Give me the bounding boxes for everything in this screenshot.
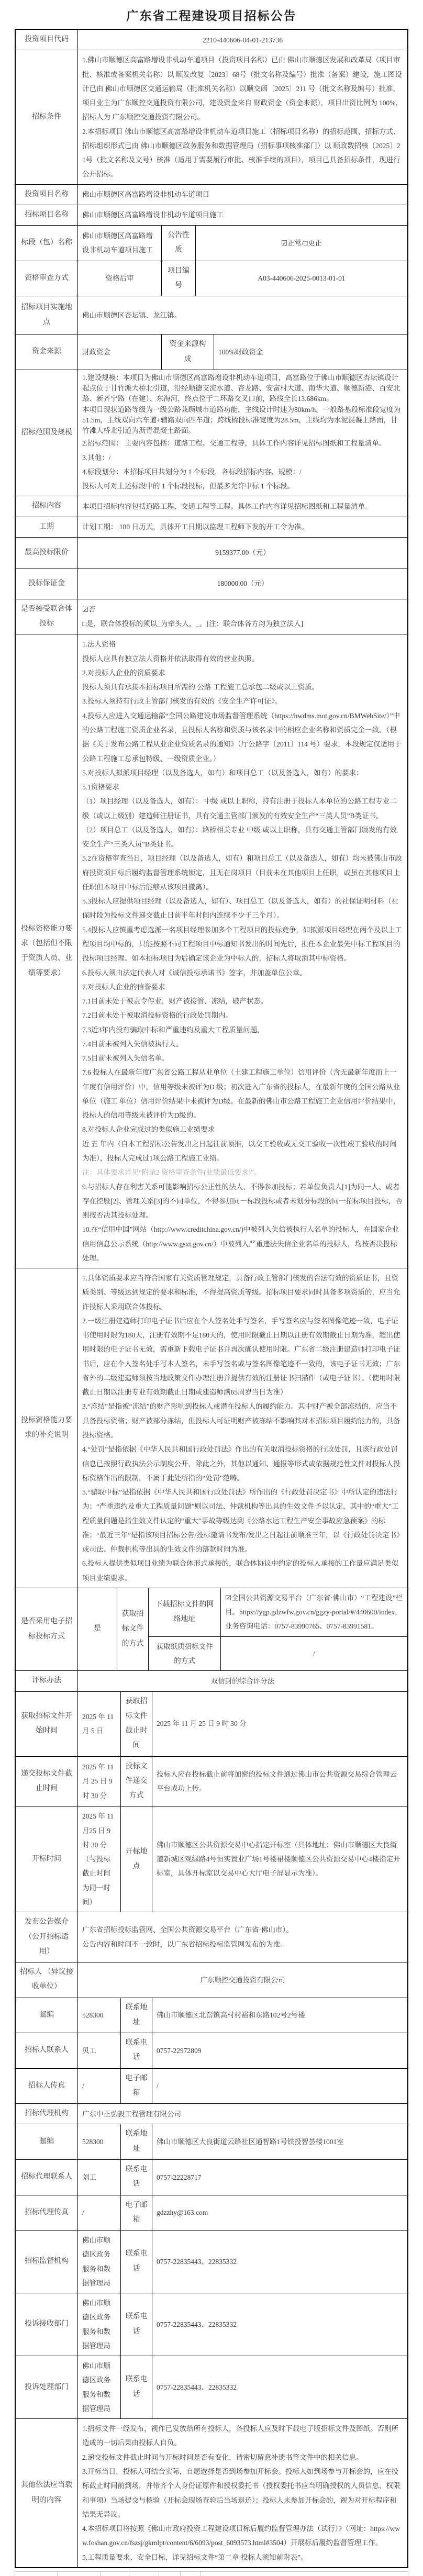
fax-value: /	[77, 2195, 120, 2231]
field-label: 招标代理机构	[16, 2104, 77, 2124]
media-value: 广东省招标投标监管网、全国公共资源交易平台（广东省·佛山市）。 公告内容和时间不…	[77, 1912, 407, 1962]
announcement-table: 投资项目代码 2210-440606-04-01-213736 招标条件 1.佛…	[15, 29, 408, 2568]
announcement-nature-value: ☑正常/□更正	[195, 226, 407, 261]
download-address-text: ☑全国公共资源交易平台（广东省·佛山市）“工程建设”栏目。https://ygp…	[225, 1591, 403, 1634]
consortium-checkbox-text: ☑否 □是，联合体投标的须以_为牵头人，_。[注：联合体各方均为独立法人]	[82, 603, 303, 631]
download-address-value: ☑全国公共资源交易平台（广东省·佛山市）“工程建设”栏目。https://ygp…	[220, 1588, 407, 1636]
project-number-value: A03-440606-2025-0013-01-01	[195, 261, 407, 296]
postcode-value: 528300	[77, 2124, 120, 2159]
field-label: 是否采用电子招标投标方式	[16, 1588, 77, 1670]
table-row-complaint-receive: 投诉接收部门 佛山市顺德区政务服务和数据管理局 联系电话 0757-228354…	[16, 2293, 407, 2356]
field-label: 开标地点	[120, 1806, 152, 1912]
field-label: 招标项目名称	[16, 205, 77, 225]
field-label: 招标代理联系人	[16, 2160, 77, 2195]
field-label: 投诉处理部门	[16, 2356, 77, 2418]
table-row-scope: 招标范围及规模 1.建设规模：本项目为佛山市顺德区高富路增设非机动车道项目，高富…	[16, 370, 407, 496]
fund-source-value: 财政资金	[77, 334, 161, 370]
partial-cell	[129, 2572, 159, 2576]
scope-value: 1.建设规模：本项目为佛山市顺德区高富路增设非机动车道项目，高富路位于佛山市顺德…	[77, 370, 407, 496]
partial-cell	[159, 2572, 180, 2576]
field-label: 开标时间	[16, 1806, 77, 1912]
field-label: 招标范围及规模	[16, 370, 77, 496]
field-label: 投标保证金	[16, 568, 77, 599]
table-row-supervision: 招标监督机构 佛山市顺德区政务服务和数据管理局 联系电话 0757-228354…	[16, 2230, 407, 2293]
field-label: 工期	[16, 517, 77, 537]
qualification-note-text: 注：具体要求详见“附录2 资格审查条件(业绩最低要求)”。	[82, 1168, 261, 1176]
field-label: 招标条件	[16, 50, 77, 184]
paper-document-value: /	[220, 1637, 407, 1671]
phone-value: 0757-22835443、22835332	[152, 2231, 407, 2293]
field-label: 联系电话	[120, 2293, 152, 2356]
bid-bond-value: 180000.00（元）	[77, 568, 407, 599]
location-value: 佛山市顺德区杏坛镇、龙江镇。	[77, 296, 407, 334]
field-label: 资金来源构成	[161, 334, 214, 370]
table-row-e-bidding: 是否采用电子招标投标方式 是 获取招标文件的方式 下载招标文件的网络地址 ☑全国…	[16, 1588, 407, 1670]
fax-value: /	[77, 2069, 120, 2104]
field-label: 招标项目实施地点	[16, 296, 77, 334]
address-value: 佛山市顺德区大良街道云路社区通智路1号铁投智荟楼1001室	[152, 2124, 407, 2159]
other-notes-value: 1.招标文件一经发布，视作已发放给所有投标人，各投标人应及时下载电子版招标文件及…	[77, 2419, 407, 2567]
qualification-part2-text: 9.与招标人存在利害关系可能影响招标公正性的法人，不得参加投标；若单位负责人[1…	[82, 1180, 403, 1266]
table-row-location: 招标项目实施地点 佛山市顺德区杏坛镇、龙江镇。	[16, 296, 407, 334]
table-row-opening: 开标时间 2025 年 11 月25 日 9 时 30 分（与投标截止时间为同一…	[16, 1806, 407, 1912]
table-row-tenderer: 招标人 （异议接收单位） 广东顺控交通投资有限公司	[16, 1962, 407, 1998]
table-row-submit-deadline: 递交投标文件截止时间 2025 年 11 月 25 日 9 时 30 分 投标文…	[16, 1756, 407, 1806]
field-label: 其他依法应当载明的内容	[16, 2419, 77, 2567]
obtain-start-value: 2025 年 11 月 5 日	[77, 1692, 120, 1756]
table-row-tenderer-fax: 招标人传真 / 电子邮箱 /	[16, 2068, 407, 2104]
table-row-duration: 工期 计划工期： 180 日历天，具体开工日期以监理工程师下发的开工令为准。	[16, 517, 407, 537]
field-label: 招标人 （异议接收单位）	[16, 1962, 77, 1998]
address-value: 佛山市顺德区北滘镇高村村裕和东路102号2号楼	[152, 1998, 407, 2033]
table-row-obtain-time: 获取招标文件开始时间 2025 年 11 月 5 日 获取招标文件截止时间 20…	[16, 1691, 407, 1756]
field-label: 资格审查方式	[16, 261, 77, 296]
field-label: 投资项目名称	[16, 185, 77, 205]
field-label: 最高投标限价	[16, 538, 77, 568]
table-row-project-code: 投资项目代码 2210-440606-04-01-213736	[16, 30, 407, 50]
table-row-price-limit: 最高投标限价 9159377.00（元）	[16, 537, 407, 568]
field-label: 投资项目代码	[16, 30, 77, 50]
table-row-qualification-method: 资格审查方式 资格后审 项目编号 A03-440606-2025-0013-01…	[16, 261, 407, 296]
field-label: 联系电话	[120, 2160, 152, 2195]
download-address-subrow: 下载招标文件的网络地址 ☑全国公共资源交易平台（广东省·佛山市）“工程建设”栏目…	[149, 1588, 407, 1636]
submit-deadline-value: 2025 年 11 月 25 日 9 时 30 分	[77, 1757, 120, 1806]
qualification-requirements-value: 1.法人资格 投标人应具有独立法人资格并依法取得有效的营业执照。 2.对投标人企…	[77, 634, 407, 1268]
table-row-bid-bond: 投标保证金 180000.00（元）	[16, 568, 407, 599]
field-label: 是否接受联合体投标	[16, 599, 77, 634]
partial-cell	[100, 2572, 129, 2576]
tenderer-name-value: 广东顺控交通投资有限公司	[77, 1962, 407, 1998]
field-label: 联系电话	[120, 2231, 152, 2293]
field-label: 递交投标文件截止时间	[16, 1757, 77, 1806]
page-title: 广东省工程建设项目招标公告	[0, 6, 423, 24]
field-label: 获取招标文件的方式	[117, 1588, 148, 1670]
field-label: 标段（包）名称	[16, 226, 77, 261]
field-label: 评标办法	[16, 1671, 77, 1691]
table-row-section: 标段（包）名称 佛山市顺德区高富路增设非机动车道项目施工 公告性质 ☑正常/□更…	[16, 225, 407, 261]
e-bidding-value: 是	[77, 1588, 117, 1670]
contact-person-value: 刘工	[77, 2160, 120, 2195]
field-label: 联系电话	[120, 2356, 152, 2418]
field-label: 获取招标文件截止时间	[120, 1692, 152, 1756]
section-name-value: 佛山市顺德区高富路增设非机动车道项目施工	[77, 226, 161, 261]
announcement-page: 广东省工程建设项目招标公告 投资项目代码 2210-440606-04-01-2…	[0, 0, 423, 2576]
tender-content-value: 本项目招标内容包括道路工程、交通工程等工程。具体工作内容详见招标图纸和工程量清单…	[77, 496, 407, 516]
field-label: 投诉接收部门	[16, 2293, 77, 2356]
field-label: 联系电话	[120, 2033, 152, 2068]
table-row-tender-name: 招标项目名称 佛山市顺德区高富路增设非机动车道项目施工	[16, 205, 407, 225]
table-row-media: 发布公告媒介 （公开招标适用） 广东省招标投标监管网、全国公共资源交易平台（广东…	[16, 1912, 407, 1962]
postcode-value: 528300	[77, 1998, 120, 2033]
obtain-method-cell: 下载招标文件的网络地址 ☑全国公共资源交易平台（广东省·佛山市）“工程建设”栏目…	[148, 1588, 407, 1670]
consortium-value: ☑否 □是，联合体投标的须以_为牵头人，_。[注：联合体各方均为独立法人]	[77, 599, 407, 634]
field-label: 投标资格能力要求的补充说明	[16, 1268, 77, 1588]
field-label: 招标监督机构	[16, 2231, 77, 2293]
field-label: 招标人联系人	[16, 2033, 77, 2068]
project-code-value: 2210-440606-04-01-213736	[77, 30, 407, 50]
bid-conditions-value: 1.佛山市顺德区高富路增设非机动车道项目（投资项目名称）已由 佛山市顺德区发展和…	[77, 50, 407, 184]
field-label: 招标人传真	[16, 2069, 77, 2104]
table-row-tenderer-postcode: 邮编 528300 联系地址 佛山市顺德区北滘镇高村村裕和东路102号2号楼	[16, 1998, 407, 2033]
opening-time-value: 2025 年 11 月25 日 9 时 30 分（与投标截止时间为同一时间）	[77, 1806, 120, 1912]
opening-place-value: 佛山市顺德区公共资源交易中心指定开标室（具体地址：佛山市顺德区大良街道新城区观绿…	[152, 1806, 407, 1912]
bid-conditions-text: 1.佛山市顺德区高富路增设非机动车道项目（投资项目名称）已由 佛山市顺德区发展和…	[82, 53, 403, 181]
field-label: 招标内容	[16, 496, 77, 516]
submit-method-value: 投标人应在投标截止前将加密的投标文件通过佛山市公共资源交易综合管理云平台成功上传…	[152, 1757, 407, 1806]
field-label: 获取纸质招标文件的方式	[149, 1637, 220, 1671]
qualification-part1-text: 1.法人资格 投标人应具有独立法人资格并依法取得有效的营业执照。 2.对投标人企…	[82, 637, 403, 1165]
paper-document-subrow: 获取纸质招标文件的方式 /	[149, 1636, 407, 1671]
field-label: 联系地址	[120, 2124, 152, 2159]
partial-cell	[57, 2572, 100, 2576]
table-row-tenderer-contact: 招标人联系人 贝工 联系电话 0757-22972809	[16, 2033, 407, 2068]
partial-cell	[15, 2572, 57, 2576]
field-label: 发布公告媒介 （公开招标适用）	[16, 1912, 77, 1962]
table-row-qualification-requirements: 投标资格能力要求（包括但不限于资质人员、业绩等要求） 1.法人资格 投标人应具有…	[16, 634, 407, 1268]
phone-value: 0757-22835443、22835332	[152, 2356, 407, 2418]
table-row-bid-conditions: 招标条件 1.佛山市顺德区高富路增设非机动车道项目（投资项目名称）已由 佛山市顺…	[16, 50, 407, 184]
fund-composition-value: 100%财政资金	[214, 334, 407, 370]
qualification-supplement-value: 1.具体资质要求应当符合国家有关资质管理规定，具备行政主管部门核发的合法有效的资…	[77, 1268, 407, 1588]
phone-value: 0757-22228717	[152, 2160, 407, 2195]
table-row-agency: 招标代理机构 广东中正弘毅工程管理有限公司	[16, 2103, 407, 2124]
partial-cell	[180, 2572, 200, 2576]
phone-value: 0757-22835443、22835332	[152, 2293, 407, 2356]
field-label: 下载招标文件的网络地址	[149, 1588, 220, 1636]
field-label: 获取招标文件开始时间	[16, 1692, 77, 1756]
field-label: 邮编	[16, 1998, 77, 2033]
qualification-supplement-text: 1.具体资质要求应当符合国家有关资质管理规定，具备行政主管部门核发的合法有效的资…	[82, 1271, 403, 1585]
evaluation-method-value: 双信封的综合评分法	[77, 1671, 407, 1691]
field-label: 邮编	[16, 2124, 77, 2159]
other-notes-text: 1.招标文件一经发布，视作已发放给所有投标人，各投标人应及时下载电子版招标文件及…	[82, 2422, 403, 2564]
email-value: gdzzhy@163.com	[152, 2195, 407, 2231]
supervision-org-value: 佛山市顺德区政务服务和数据管理局	[77, 2231, 120, 2293]
phone-value: 0757-22972809	[152, 2033, 407, 2068]
table-row-funds: 资金来源 财政资金 资金来源构成 100%财政资金	[16, 334, 407, 370]
table-row-agency-fax: 招标代理传真 / 电子邮箱 gdzzhy@163.com	[16, 2195, 407, 2231]
table-row-qualification-supplement: 投标资格能力要求的补充说明 1.具体资质要求应当符合国家有关资质管理规定，具备行…	[16, 1268, 407, 1588]
partial-cell	[200, 2572, 408, 2576]
field-label: 投标文件递交方式	[120, 1757, 152, 1806]
table-row-agency-postcode: 邮编 528300 联系地址 佛山市顺德区大良街道云路社区通智路1号铁投智荟楼1…	[16, 2124, 407, 2159]
contact-person-value: 贝工	[77, 2033, 120, 2068]
duration-value: 计划工期： 180 日历天，具体开工日期以监理工程师下发的开工令为准。	[77, 517, 407, 537]
invest-name-value: 佛山市顺德区高富路增设非机动车道项目	[77, 185, 407, 205]
field-label: 电子邮箱	[120, 2195, 152, 2231]
media-text: 广东省招标投标监管网、全国公共资源交易平台（广东省·佛山市）。 公告内容和时间不…	[82, 1923, 293, 1951]
field-label: 电子邮箱	[120, 2069, 152, 2104]
field-label: 资金来源	[16, 334, 77, 370]
table-row-agency-contact: 招标代理联系人 刘工 联系电话 0757-22228717	[16, 2159, 407, 2195]
obtain-deadline-value: 2025 年 11 月 25 日 9 时 30 分	[152, 1692, 407, 1756]
qualification-method-value: 资格后审	[77, 261, 161, 296]
field-label: 公告性质	[161, 226, 195, 261]
scope-range-text: 2.招标范围： 主要内容包括：道路工程、交通工程等，具体工作内容详见招标图纸和工…	[82, 436, 403, 493]
next-table-partial-row	[15, 2571, 408, 2576]
price-limit-value: 9159377.00（元）	[77, 538, 407, 568]
complaint-receive-org-value: 佛山市顺德区政务服务和数据管理局	[77, 2293, 120, 2356]
scope-build-scale-text: 1.建设规模：本项目为佛山市顺德区高富路增设非机动车道项目，高富路位于佛山市顺德…	[82, 373, 403, 437]
table-row-evaluation: 评标办法 双信封的综合评分法	[16, 1670, 407, 1691]
table-row-invest-name: 投资项目名称 佛山市顺德区高富路增设非机动车道项目	[16, 184, 407, 205]
agency-name-value: 广东中正弘毅工程管理有限公司	[77, 2104, 407, 2124]
field-label: 投标资格能力要求（包括但不限于资质人员、业绩等要求）	[16, 634, 77, 1268]
table-row-content: 招标内容 本项目招标内容包括道路工程、交通工程等工程。具体工作内容详见招标图纸和…	[16, 496, 407, 516]
complaint-handle-org-value: 佛山市顺德区政务服务和数据管理局	[77, 2356, 120, 2418]
tender-name-value: 佛山市顺德区高富路增设非机动车道项目施工	[77, 205, 407, 225]
table-row-complaint-handle: 投诉处理部门 佛山市顺德区政务服务和数据管理局 联系电话 0757-228354…	[16, 2356, 407, 2418]
field-label: 联系地址	[120, 1998, 152, 2033]
table-row-consortium: 是否接受联合体投标 ☑否 □是，联合体投标的须以_为牵头人，_。[注：联合体各方…	[16, 599, 407, 634]
field-label: 招标代理传真	[16, 2195, 77, 2231]
table-row-other-notes: 其他依法应当载明的内容 1.招标文件一经发布，视作已发放给所有投标人，各投标人应…	[16, 2418, 407, 2567]
email-value: /	[152, 2069, 407, 2104]
field-label: 项目编号	[161, 261, 195, 296]
